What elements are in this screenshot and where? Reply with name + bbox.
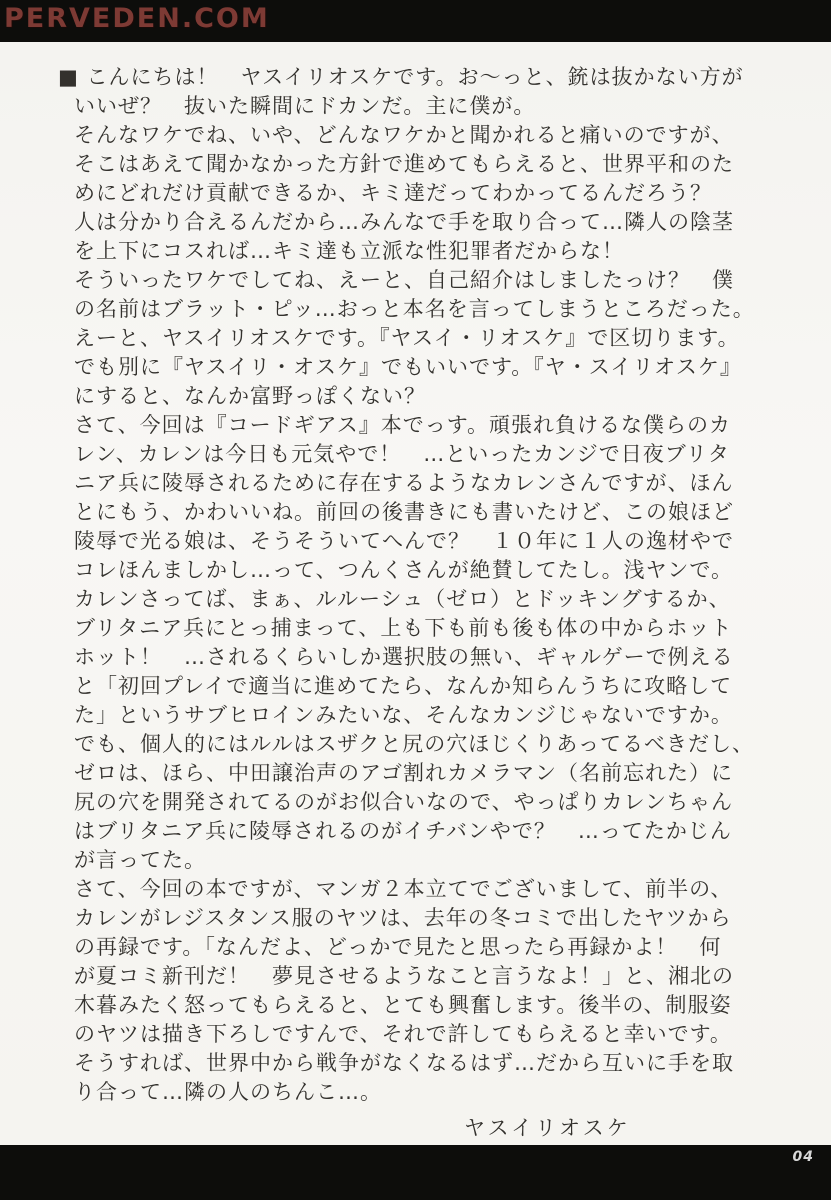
text-line: の再録です。「なんだよ、どっかで見たと思ったら再録かよ！ 何 [74, 933, 785, 962]
text-line: が夏コミ新刊だ！ 夢見させるようなこと言うなよ！」と、湘北の [74, 962, 785, 991]
afterword-text: ■ こんにちは！ ヤスイリオスケです。お～っと、銃は抜かない方がいいぜ？ 抜いた… [74, 63, 785, 1107]
text-line: を上下にコスれば…キミ達も立派な性犯罪者だからな！ [74, 237, 785, 266]
text-line: り合って…隣の人のちんこ…。 [74, 1078, 785, 1107]
author-signature: ヤスイリオスケ [464, 1114, 785, 1143]
text-line: でも、個人的にはルルはスザクと尻の穴ほじくりあってるべきだし、 [74, 730, 785, 759]
page-number: 04 [793, 1149, 814, 1165]
text-line: ニア兵に陵辱されるために存在するようなカレンさんですが、ほん [74, 469, 785, 498]
afterword-content: ■ こんにちは！ ヤスイリオスケです。お～っと、銃は抜かない方がいいぜ？ 抜いた… [0, 42, 831, 1145]
text-line: た」というサブヒロインみたいな、そんなカンジじゃないですか。 [74, 701, 785, 730]
text-line: の名前はブラット・ピッ…おっと本名を言ってしまうところだった。 [74, 295, 785, 324]
text-line: ゼロは、ほら、中田譲治声のアゴ割れカメラマン（名前忘れた）に [74, 759, 785, 788]
watermark-text: PERVEDEN.COM [4, 3, 270, 34]
text-line: 陵辱で光る娘は、そうそういてへんで？ １０年に１人の逸材やで [74, 527, 785, 556]
text-line: でも別に『ヤスイリ・オスケ』でもいいです。『ヤ・スイリオスケ』 [74, 353, 785, 382]
text-line: カレンさってば、まぁ、ルルーシュ（ゼロ）とドッキングするか、 [74, 585, 785, 614]
text-line: が言ってた。 [74, 846, 785, 875]
text-line: さて、今回の本ですが、マンガ２本立てでございまして、前半の、 [74, 875, 785, 904]
text-line: ホット！ …されるくらいしか選択肢の無い、ギャルゲーで例える [74, 643, 785, 672]
text-line: カレンがレジスタンス服のヤツは、去年の冬コミで出したヤツから [74, 904, 785, 933]
text-line: ■ こんにちは！ ヤスイリオスケです。お～っと、銃は抜かない方が [74, 63, 785, 92]
text-line: さて、今回は『コードギアス』本でっす。頑張れ負けるな僕らのカ [74, 411, 785, 440]
text-line: コレほんましかし…って、つんくさんが絶賛してたし。浅ヤンで。 [74, 556, 785, 585]
text-line: そんなワケでね、いや、どんなワケかと聞かれると痛いのですが、 [74, 121, 785, 150]
text-line: ブリタニア兵にとっ捕まって、上も下も前も後も体の中からホット [74, 614, 785, 643]
bottom-black-bar: 04 [0, 1145, 831, 1200]
text-line: 木暮みたく怒ってもらえると、とても興奮します。後半の、制服姿 [74, 991, 785, 1020]
text-line: と「初回プレイで適当に進めてたら、なんか知らんうちに攻略して [74, 672, 785, 701]
text-line: 尻の穴を開発されてるのがお似合いなので、やっぱりカレンちゃん [74, 788, 785, 817]
text-line: にすると、なんか富野っぽくない？ [74, 382, 785, 411]
text-line: はブリタニア兵に陵辱されるのがイチバンやで？ …ってたかじん [74, 817, 785, 846]
text-line: えーと、ヤスイリオスケです。『ヤスイ・リオスケ』で区切ります。 [74, 324, 785, 353]
text-line: とにもう、かわいいね。前回の後書きにも書いたけど、この娘ほど [74, 498, 785, 527]
text-line: めにどれだけ貢献できるか、キミ達だってわかってるんだろう？ [74, 179, 785, 208]
top-black-bar: PERVEDEN.COM [0, 0, 831, 42]
text-line: いいぜ？ 抜いた瞬間にドカンだ。主に僕が。 [74, 92, 785, 121]
text-line: そういったワケでしてね、えーと、自己紹介はしましたっけ？ 僕 [74, 266, 785, 295]
scanned-doujin-page: PERVEDEN.COM ■ こんにちは！ ヤスイリオスケです。お～っと、銃は抜… [0, 0, 831, 1200]
text-line: そこはあえて聞かなかった方針で進めてもらえると、世界平和のた [74, 150, 785, 179]
text-line: レン、カレンは今日も元気やで！ …といったカンジで日夜ブリタ [74, 440, 785, 469]
text-line: 人は分かり合えるんだから…みんなで手を取り合って…隣人の陰茎 [74, 208, 785, 237]
text-line: のヤツは描き下ろしですんで、それで許してもらえると幸いです。 [74, 1020, 785, 1049]
text-line: そうすれば、世界中から戦争がなくなるはず…だから互いに手を取 [74, 1049, 785, 1078]
